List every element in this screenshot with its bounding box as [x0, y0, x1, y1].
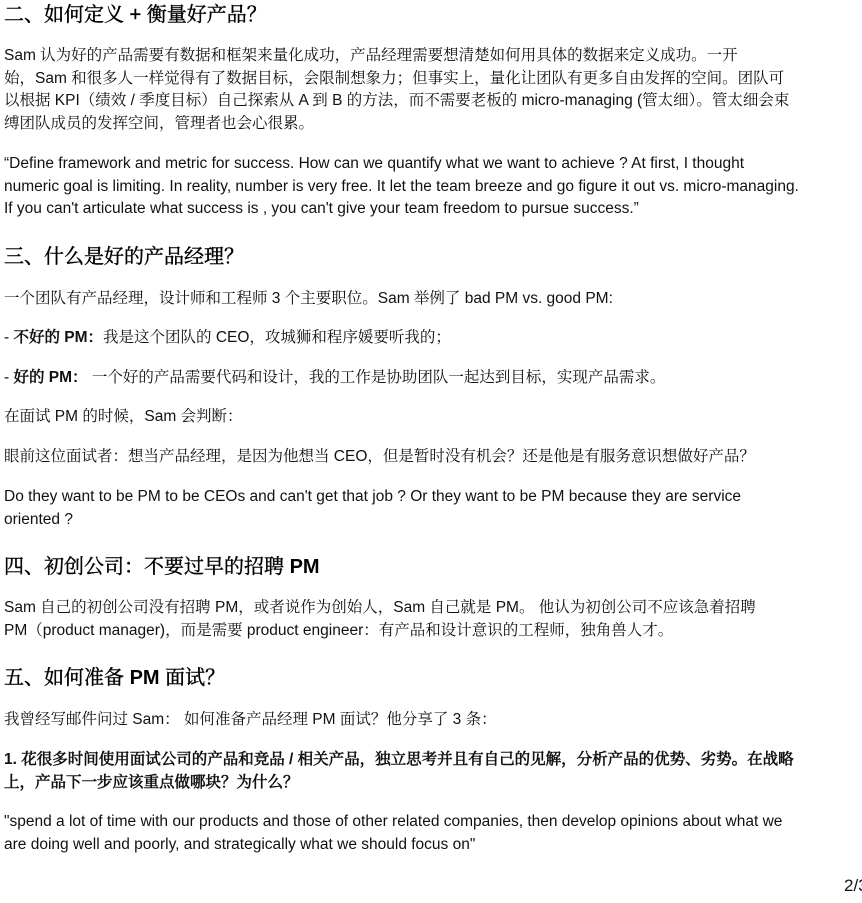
text-line: Do they want to be PM to be CEOs and can… [4, 486, 741, 509]
text-line: are doing well and poorly, and strategic… [4, 834, 782, 857]
text-line: 眼前这位面试者：想当产品经理，是因为他想当 CEO，但是暂时没有机会？还是他是有… [4, 446, 755, 469]
good-pm-item: - 好的 PM： 一个好的产品需要代码和设计，我的工作是协助团队一起达到目标，实… [4, 367, 665, 390]
bad-pm-item: - 不好的 PM：我是这个团队的 CEO，攻城狮和程序媛要听我的； [4, 327, 451, 350]
section-4-paragraph: Sam 自己的初创公司没有招聘 PM，或者说作为创始人，Sam 自己就是 PM。… [4, 597, 756, 642]
text-line: 缚团队成员的发挥空间，管理者也会心很累。 [4, 113, 789, 136]
text-line: “Define framework and metric for success… [4, 153, 799, 176]
interview-question-cn: 眼前这位面试者：想当产品经理，是因为他想当 CEO，但是暂时没有机会？还是他是有… [4, 446, 755, 469]
section-heading-5: 五、如何准备 PM 面试？ [4, 665, 225, 691]
tip-1: 1. 花很多时间使用面试公司的产品和竞品 / 相关产品，独立思考并且有自己的见解… [4, 749, 794, 794]
text-line: 在面试 PM 的时候，Sam 会判断： [4, 406, 243, 429]
heading-text-bold: PM [290, 556, 320, 578]
heading-text: 面试？ [160, 667, 226, 689]
bad-pm-text: 我是这个团队的 CEO，攻城狮和程序媛要听我的； [103, 329, 451, 346]
good-pm-label: 好的 PM： [13, 369, 87, 386]
section-heading-4: 四、初创公司：不要过早的招聘 PM [4, 554, 320, 580]
text-line: Sam 自己的初创公司没有招聘 PM，或者说作为创始人，Sam 自己就是 PM。… [4, 597, 756, 620]
text-line: 我曾经写邮件问过 Sam： 如何准备产品经理 PM 面试？他分享了 3 条： [4, 709, 497, 732]
text-line: 上，产品下一步应该重点做哪块？为什么？ [4, 772, 794, 795]
heading-text-bold: PM [130, 667, 160, 689]
section-heading-2: 二、如何定义 + 衡量好产品？ [4, 2, 267, 28]
text-line: 一个团队有产品经理，设计师和工程师 3 个主要职位。Sam 举例了 bad PM… [4, 288, 613, 311]
interview-judgement-intro: 在面试 PM 的时候，Sam 会判断： [4, 406, 243, 429]
page-number: 2/3 [844, 876, 862, 896]
text-line: Sam 认为好的产品需要有数据和框架来量化成功，产品经理需要想清楚如何用具体的数… [4, 45, 789, 68]
text-line: oriented ? [4, 509, 741, 532]
bad-pm-label: 不好的 PM： [13, 329, 103, 346]
text-line: PM（product manager)，而是需要 product enginee… [4, 620, 756, 643]
section-2-paragraph-1: Sam 认为好的产品需要有数据和框架来量化成功，产品经理需要想清楚如何用具体的数… [4, 45, 789, 135]
text-line: "spend a lot of time with our products a… [4, 811, 782, 834]
heading-text: 五、如何准备 [4, 667, 130, 689]
interview-question-en: Do they want to be PM to be CEOs and can… [4, 486, 741, 531]
text-line: If you can't articulate what success is … [4, 198, 799, 221]
heading-text: 四、初创公司：不要过早的招聘 [4, 556, 290, 578]
good-pm-text: 一个好的产品需要代码和设计，我的工作是协助团队一起达到目标，实现产品需求。 [88, 369, 666, 386]
text-line: 始，Sam 和很多人一样觉得有了数据目标，会限制想象力；但事实上，量化让团队有更… [4, 68, 789, 91]
section-2-quote: “Define framework and metric for success… [4, 153, 799, 221]
section-3-intro: 一个团队有产品经理，设计师和工程师 3 个主要职位。Sam 举例了 bad PM… [4, 288, 613, 311]
text-line: 1. 花很多时间使用面试公司的产品和竞品 / 相关产品，独立思考并且有自己的见解… [4, 749, 794, 772]
text-line: numeric goal is limiting. In reality, nu… [4, 176, 799, 199]
section-heading-3: 三、什么是好的产品经理？ [4, 244, 244, 270]
text-line: 以根据 KPI（绩效 / 季度目标）自己探索从 A 到 B 的方法，而不需要老板… [4, 90, 789, 113]
section-5-intro: 我曾经写邮件问过 Sam： 如何准备产品经理 PM 面试？他分享了 3 条： [4, 709, 497, 732]
tip-1-quote: "spend a lot of time with our products a… [4, 811, 782, 856]
